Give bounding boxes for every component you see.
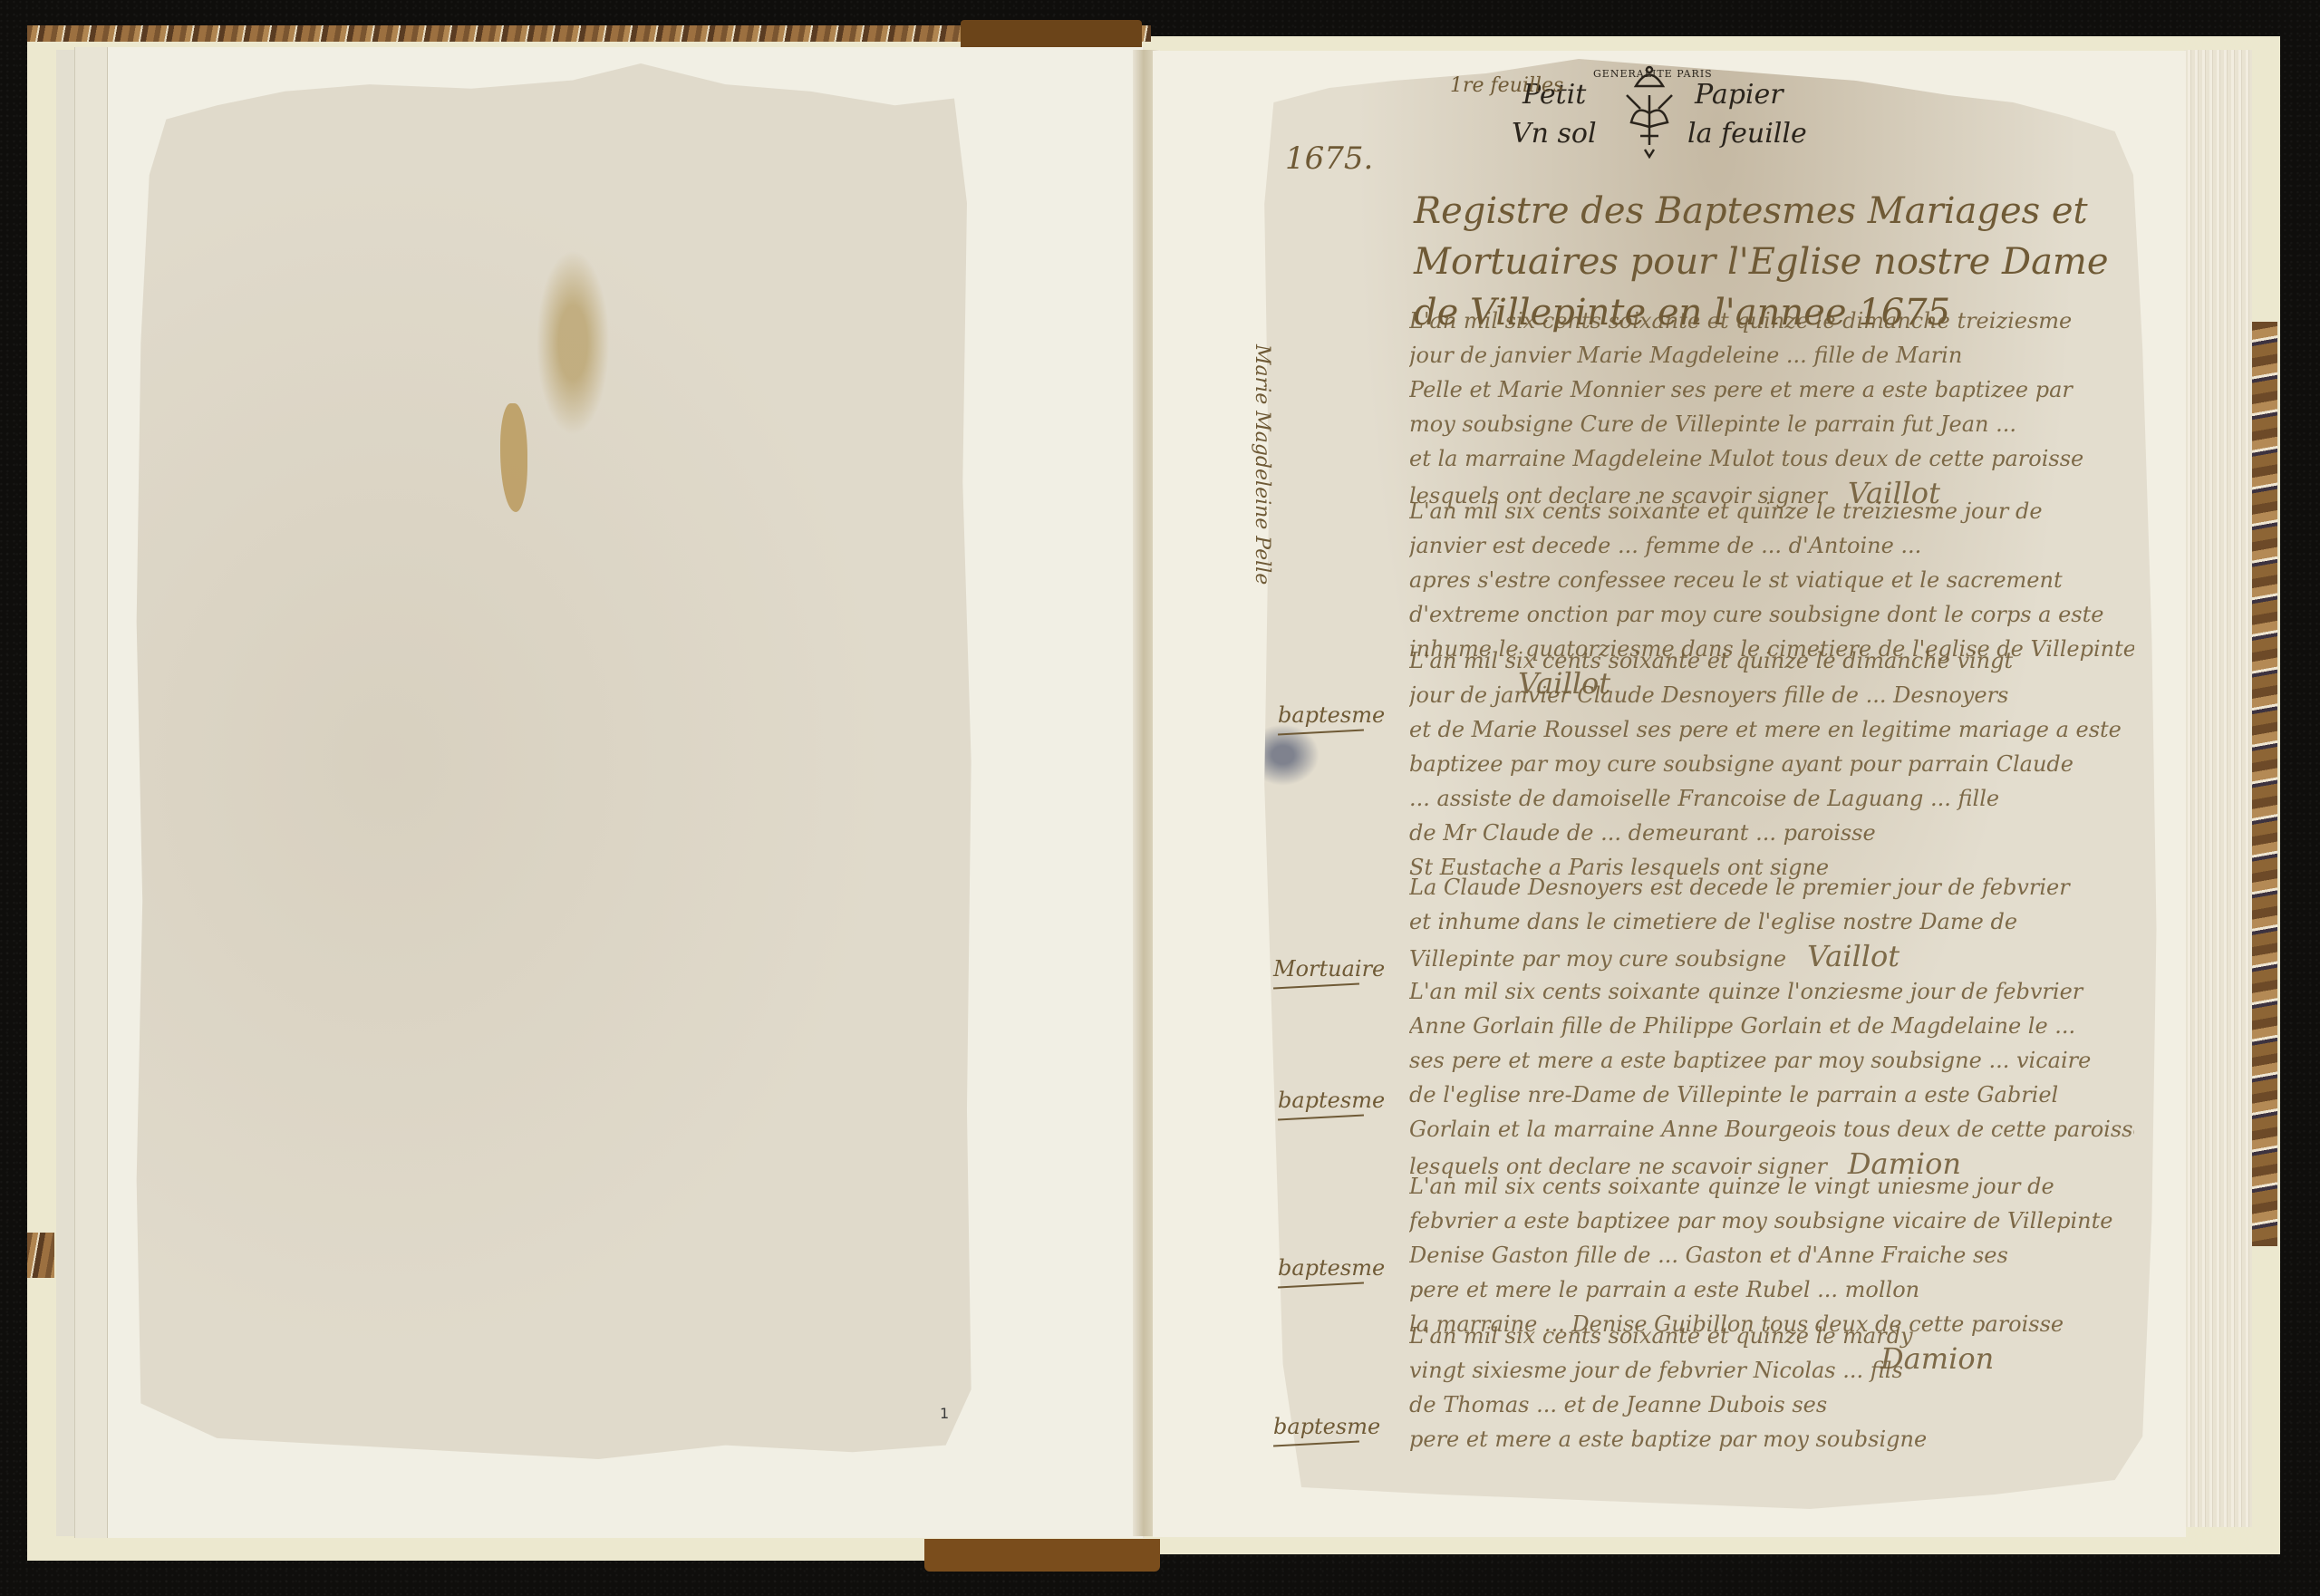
register-entry: L'an mil six cents soixante et quinze le… <box>1409 1319 2134 1456</box>
leaf-annotation: 1re feuilles <box>1450 74 1563 97</box>
register-entry: L'an mil six cents soixante et quinze le… <box>1409 304 2134 513</box>
margin-note: Marie Magdeleine Pelle <box>1251 344 1273 616</box>
marbled-cover-edge-right <box>2250 322 2277 1246</box>
margin-note: baptesme <box>1273 1414 1364 1445</box>
stamp-word: Papier <box>1695 79 1783 111</box>
margin-note: baptesme <box>1278 702 1368 733</box>
manuscript-leaf-verso <box>132 63 980 1459</box>
margin-note: Mortuaire <box>1273 956 1364 987</box>
stamp-word: la feuille <box>1687 118 1807 150</box>
title-line: Mortuaires pour l'Eglise nostre Dame <box>1414 237 2121 287</box>
signature: Vaillot <box>1807 939 1899 973</box>
stamp-word: Vn sol <box>1512 118 1597 150</box>
year-annotation: 1675. <box>1285 140 1373 177</box>
register-entry: L'an mil six cents soixante quinze l'onz… <box>1409 974 2134 1184</box>
margin-note: baptesme <box>1278 1088 1368 1118</box>
folio-number: 1 <box>940 1405 949 1422</box>
tax-stamp: Petit Papier Vn sol la feuille GENERALIT… <box>1486 50 1849 177</box>
leather-spine-top <box>961 20 1142 47</box>
margin-note: baptesme <box>1278 1255 1368 1286</box>
stamp-ring-text: GENERALITE PARIS <box>1593 68 1713 80</box>
page-block-edges <box>2184 50 2252 1527</box>
title-line: Registre des Baptesmes Mariages et <box>1414 186 2121 237</box>
marbled-cover-edge-left <box>27 1233 54 1278</box>
leather-spine-bottom <box>924 1539 1160 1572</box>
register-entry: La Claude Desnoyers est decede le premie… <box>1409 870 2134 976</box>
register-entry: L'an mil six cents soixante et quinze le… <box>1409 643 2134 885</box>
